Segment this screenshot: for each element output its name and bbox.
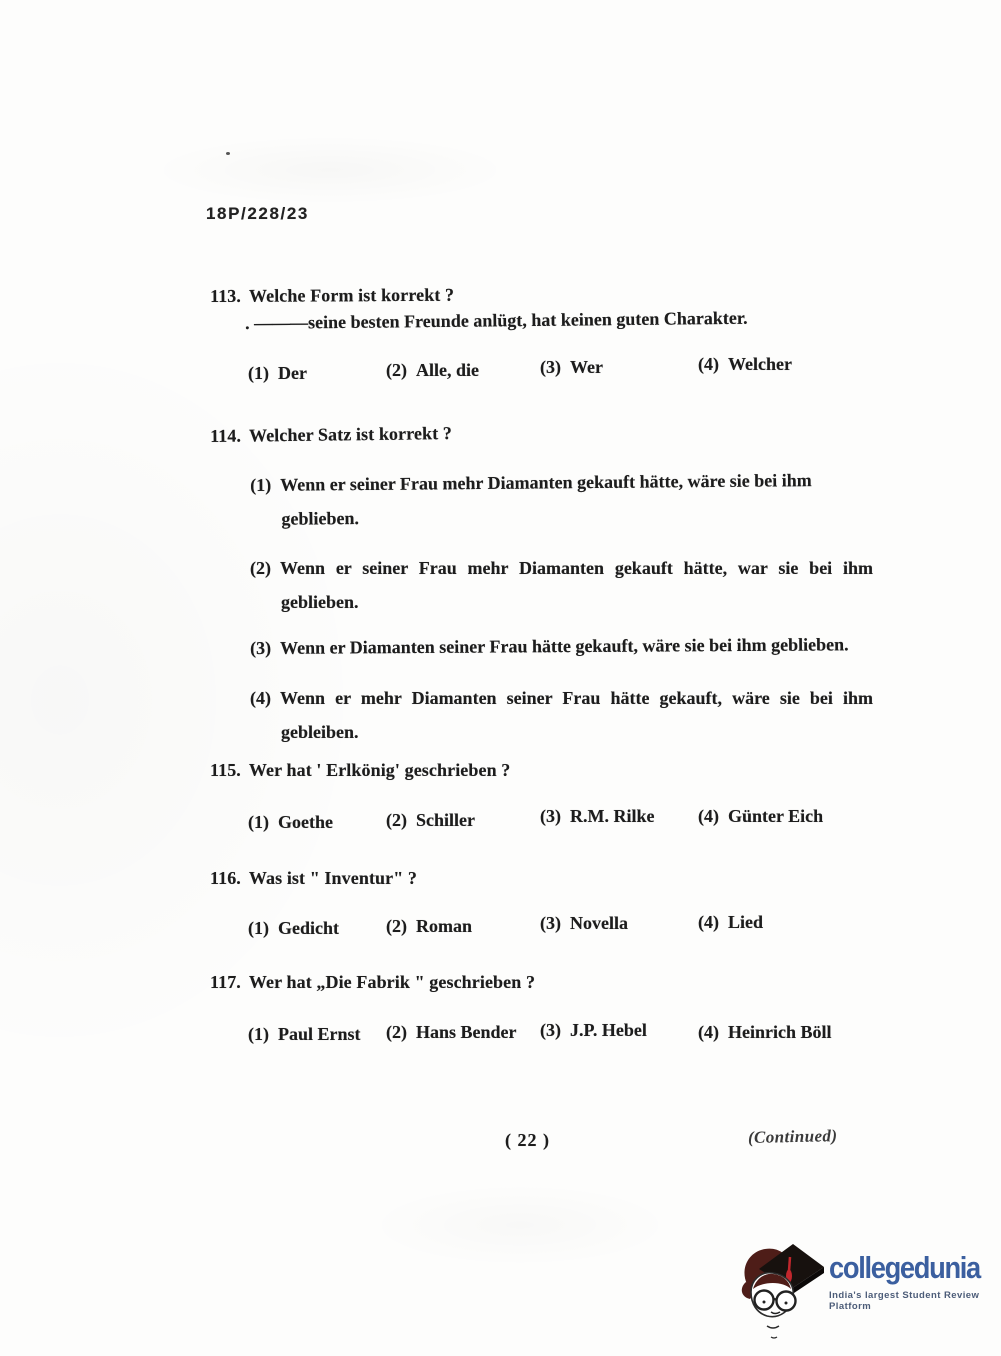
question-113-options: (1)Der (2)Alle, die (3)Wer (4)Welcher: [0, 363, 1001, 393]
option-4: (4)Welcher: [698, 354, 792, 375]
option-1: (1)Gedicht: [248, 918, 339, 939]
option-text: Alle, die: [416, 360, 479, 380]
option-label: (2): [386, 916, 407, 936]
option-2: (2)Roman: [386, 916, 472, 937]
question-115-options: (1)Goethe (2)Schiller (3)R.M. Rilke (4)G…: [0, 812, 1001, 842]
scanned-exam-page: 18P/228/23 113.Welche Form ist korrekt ?…: [0, 0, 1001, 1356]
question-number: 117.: [210, 972, 241, 992]
paper-code-text: 18P/228/23: [206, 204, 309, 223]
option-label: (4): [698, 1022, 719, 1042]
option-label: (4): [698, 806, 719, 826]
option-text: Hans Bender: [416, 1022, 517, 1042]
option-label: (2): [250, 558, 271, 578]
brand-name: collegedunia: [829, 1252, 980, 1283]
option-1: (1)Goethe: [248, 812, 333, 833]
question-113-fill-line: . ———seine besten Freunde anlügt, hat ke…: [245, 308, 748, 334]
question-116-heading: 116.Was ist " Inventur" ?: [210, 868, 417, 889]
option-label: (1): [248, 363, 269, 383]
option-label: (1): [248, 918, 269, 938]
option-label: (3): [540, 357, 561, 377]
paper-code: 18P/228/23: [206, 204, 309, 224]
option-label: (3): [540, 913, 561, 933]
option-3: (3)Wer: [540, 357, 603, 378]
question-114-option-2: (2)Wenn er seiner Frau mehr Diamanten ge…: [250, 551, 873, 619]
option-text: Der: [278, 363, 307, 383]
option-label: (2): [386, 1022, 407, 1042]
option-label: (1): [248, 1024, 269, 1044]
option-label: (3): [540, 1020, 561, 1040]
continued-note: (Continued): [748, 1126, 838, 1148]
option-text: Schiller: [416, 810, 475, 830]
option-text: J.P. Hebel: [570, 1020, 647, 1040]
option-text: Paul Ernst: [278, 1024, 361, 1044]
question-text: Was ist " Inventur" ?: [249, 868, 417, 888]
question-116-options: (1)Gedicht (2)Roman (3)Novella (4)Lied: [0, 918, 1001, 948]
option-label: (1): [248, 812, 269, 832]
option-2: (2)Schiller: [386, 810, 475, 831]
option-label: (4): [250, 688, 271, 708]
option-2: (2)Hans Bender: [386, 1022, 517, 1043]
logo-text-block: collegedunia .com India's largest Studen…: [829, 1252, 1001, 1312]
option-2: (2)Alle, die: [386, 360, 479, 381]
option-4: (4)Heinrich Böll: [698, 1022, 832, 1043]
option-1: (1)Paul Ernst: [248, 1024, 361, 1045]
option-label: (2): [386, 360, 407, 380]
page-number: ( 22 ): [505, 1130, 550, 1151]
option-text: Lied: [728, 912, 763, 932]
question-text: Wer hat „Die Fabrik " geschrieben ?: [249, 972, 535, 992]
question-text: Welche Form ist korrekt ?: [249, 285, 454, 306]
question-number: 114.: [210, 426, 241, 446]
scan-dot-artifact: [226, 152, 230, 155]
option-label: (3): [540, 806, 561, 826]
question-114-option-1: (1)Wenn er seiner Frau mehr Diamanten ge…: [250, 463, 827, 536]
option-3: (3)J.P. Hebel: [540, 1020, 647, 1041]
option-3: (3)R.M. Rilke: [540, 806, 655, 827]
question-115-heading: 115.Wer hat ' Erlkönig' geschrieben ?: [210, 760, 510, 781]
collegedunia-logo: collegedunia .com India's largest Studen…: [733, 1238, 1001, 1353]
option-label: (1): [250, 475, 271, 495]
option-text: Wenn er seiner Frau mehr Diamanten gekau…: [280, 558, 873, 612]
question-number: 113.: [210, 286, 241, 306]
option-label: (4): [698, 354, 719, 374]
option-text: Novella: [570, 913, 628, 933]
option-4: (4)Günter Eich: [698, 806, 823, 827]
option-label: (4): [698, 912, 719, 932]
question-114-option-3: (3)Wenn er Diamanten seiner Frau hätte g…: [250, 627, 849, 665]
option-4: (4)Lied: [698, 912, 763, 933]
option-text: Heinrich Böll: [728, 1022, 832, 1042]
question-113-heading: 113.Welche Form ist korrekt ?: [210, 285, 454, 307]
question-number: 115.: [210, 760, 241, 780]
option-1: (1)Der: [248, 363, 307, 384]
brand-tagline: India's largest Student Review Platform: [829, 1290, 1001, 1312]
option-text: Goethe: [278, 812, 333, 832]
option-text: Gedicht: [278, 918, 339, 938]
option-text: Welcher: [728, 354, 792, 374]
option-label: (2): [386, 810, 407, 830]
option-3: (3)Novella: [540, 913, 628, 934]
option-text: Wer: [570, 357, 603, 377]
option-text: Roman: [416, 916, 472, 936]
question-114-heading: 114.Welcher Satz ist korrekt ?: [210, 423, 452, 447]
question-117-heading: 117.Wer hat „Die Fabrik " geschrieben ?: [210, 972, 535, 993]
question-117-options: (1)Paul Ernst (2)Hans Bender (3)J.P. Heb…: [0, 1024, 1001, 1054]
option-text: Günter Eich: [728, 806, 823, 826]
option-text: Wenn er seiner Frau mehr Diamanten gekau…: [280, 470, 812, 529]
option-text: Wenn er mehr Diamanten seiner Frau hätte…: [280, 688, 873, 742]
option-label: (3): [250, 638, 271, 658]
question-114-option-4: (4)Wenn er mehr Diamanten seiner Frau hä…: [250, 681, 873, 749]
option-text: R.M. Rilke: [570, 806, 655, 826]
question-number: 116.: [210, 868, 241, 888]
question-text: Welcher Satz ist korrekt ?: [249, 423, 452, 445]
option-text: Wenn er Diamanten seiner Frau hätte geka…: [280, 634, 849, 657]
collegedunia-mascot-icon: [733, 1238, 825, 1353]
question-text: Wer hat ' Erlkönig' geschrieben ?: [249, 760, 510, 780]
